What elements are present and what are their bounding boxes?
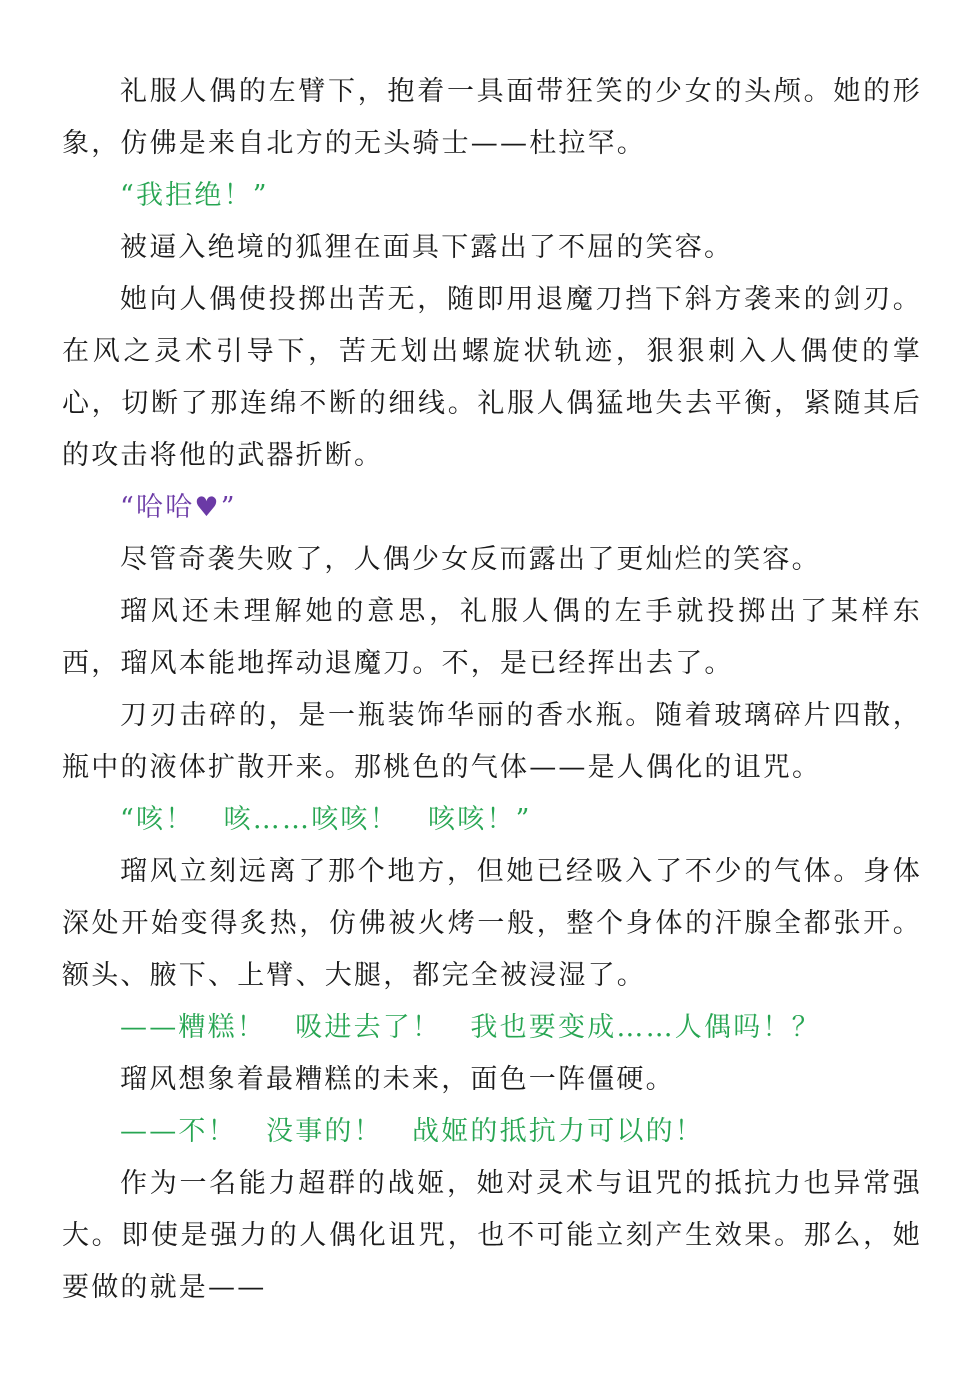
dialogue-line: “哈哈♥” (62, 482, 922, 534)
inner-monologue: ——糟糕！ 吸进去了！ 我也要变成……人偶吗！？ (62, 1002, 922, 1054)
paragraph: 瑠风想象着最糟糕的未来，面色一阵僵硬。 (62, 1054, 922, 1106)
dialogue-line: “咳！ 咳……咳咳！ 咳咳！” (62, 794, 922, 846)
document-page: 礼服人偶的左臂下，抱着一具面带狂笑的少女的头颅。她的形象，仿佛是来自北方的无头骑… (62, 66, 922, 1314)
paragraph: 尽管奇袭失败了，人偶少女反而露出了更灿烂的笑容。 (62, 534, 922, 586)
paragraph: 被逼入绝境的狐狸在面具下露出了不屈的笑容。 (62, 222, 922, 274)
paragraph: 她向人偶使投掷出苦无，随即用退魔刀挡下斜方袭来的剑刃。在风之灵术引导下，苦无划出… (62, 274, 922, 482)
dialogue-line: “我拒绝！” (62, 170, 922, 222)
paragraph: 刀刃击碎的，是一瓶装饰华丽的香水瓶。随着玻璃碎片四散，瓶中的液体扩散开来。那桃色… (62, 690, 922, 794)
inner-monologue: ——不！ 没事的！ 战姬的抵抗力可以的！ (62, 1106, 922, 1158)
paragraph: 礼服人偶的左臂下，抱着一具面带狂笑的少女的头颅。她的形象，仿佛是来自北方的无头骑… (62, 66, 922, 170)
paragraph: 瑠风立刻远离了那个地方，但她已经吸入了不少的气体。身体深处开始变得炙热，仿佛被火… (62, 846, 922, 1002)
paragraph: 作为一名能力超群的战姬，她对灵术与诅咒的抵抗力也异常强大。即使是强力的人偶化诅咒… (62, 1158, 922, 1314)
paragraph: 瑠风还未理解她的意思，礼服人偶的左手就投掷出了某样东西，瑠风本能地挥动退魔刀。不… (62, 586, 922, 690)
